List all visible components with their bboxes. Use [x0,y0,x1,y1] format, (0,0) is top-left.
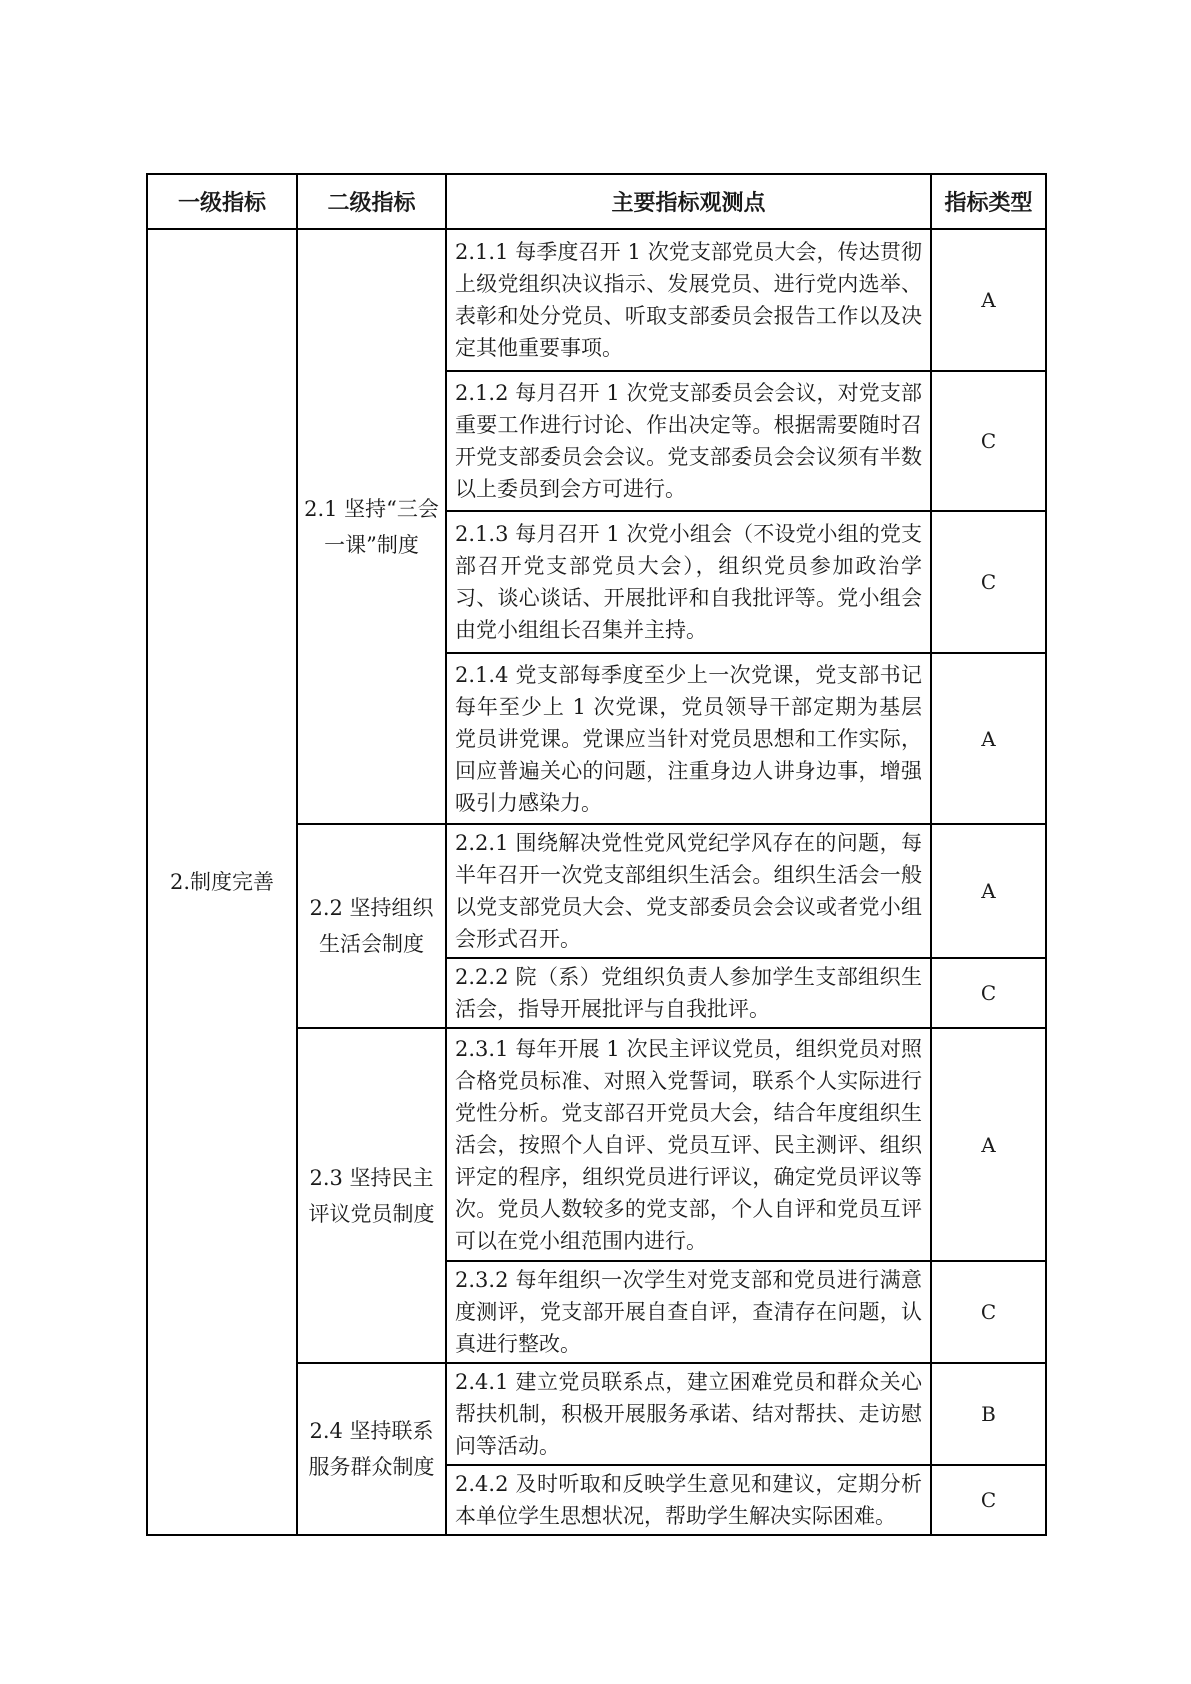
type-cell-2-2-1: A [931,824,1046,958]
observation-cell-2-3-1: 2.3.1 每年开展 1 次民主评议党员，组织党员对照合格党员标准、对照入党誓词… [446,1028,931,1261]
observation-cell-2-2-2: 2.2.2 院（系）党组织负责人参加学生支部组织生活会，指导开展批评与自我批评。 [446,958,931,1028]
level2-indicator-cell-2-1: 2.1 坚持“三会一课”制度 [297,229,446,824]
header-row: 一级指标 二级指标 主要指标观测点 指标类型 [147,174,1046,229]
observation-cell-2-4-1: 2.4.1 建立党员联系点，建立困难党员和群众关心帮扶机制，积极开展服务承诺、结… [446,1363,931,1465]
level1-indicator-cell: 2.制度完善 [147,229,297,1535]
observation-cell-2-4-2: 2.4.2 及时听取和反映学生意见和建议，定期分析本单位学生思想状况，帮助学生解… [446,1465,931,1535]
observation-cell-2-1-2: 2.1.2 每月召开 1 次党支部委员会会议，对党支部重要工作进行讨论、作出决定… [446,371,931,511]
type-cell-2-3-2: C [931,1261,1046,1363]
observation-cell-2-1-3: 2.1.3 每月召开 1 次党小组会（不设党小组的党支部召开党支部党员大会），组… [446,511,931,653]
type-cell-2-4-2: C [931,1465,1046,1535]
type-cell-2-1-3: C [931,511,1046,653]
level2-indicator-cell-2-4: 2.4 坚持联系服务群众制度 [297,1363,446,1535]
observation-cell-2-2-1: 2.2.1 围绕解决党性党风党纪学风存在的问题，每半年召开一次党支部组织生活会。… [446,824,931,958]
observation-cell-2-1-1: 2.1.1 每季度召开 1 次党支部党员大会，传达贯彻上级党组织决议指示、发展党… [446,229,931,371]
type-cell-2-2-2: C [931,958,1046,1028]
document-page: 一级指标 二级指标 主要指标观测点 指标类型 2.制度完善 2.1 坚持“三会一… [0,0,1191,1684]
indicator-table: 一级指标 二级指标 主要指标观测点 指标类型 2.制度完善 2.1 坚持“三会一… [146,173,1047,1536]
level2-indicator-cell-2-2: 2.2 坚持组织生活会制度 [297,824,446,1028]
type-cell-2-4-1: B [931,1363,1046,1465]
observation-cell-2-3-2: 2.3.2 每年组织一次学生对党支部和党员进行满意度测评，党支部开展自查自评，查… [446,1261,931,1363]
header-level1-indicator: 一级指标 [147,174,297,229]
type-cell-2-1-1: A [931,229,1046,371]
observation-cell-2-1-4: 2.1.4 党支部每季度至少上一次党课，党支部书记每年至少上 1 次党课，党员领… [446,653,931,824]
header-indicator-type: 指标类型 [931,174,1046,229]
header-level2-indicator: 二级指标 [297,174,446,229]
type-cell-2-1-2: C [931,371,1046,511]
table-row: 2.制度完善 2.1 坚持“三会一课”制度 2.1.1 每季度召开 1 次党支部… [147,229,1046,371]
type-cell-2-3-1: A [931,1028,1046,1261]
level2-indicator-cell-2-3: 2.3 坚持民主评议党员制度 [297,1028,446,1363]
type-cell-2-1-4: A [931,653,1046,824]
header-observation-points: 主要指标观测点 [446,174,931,229]
